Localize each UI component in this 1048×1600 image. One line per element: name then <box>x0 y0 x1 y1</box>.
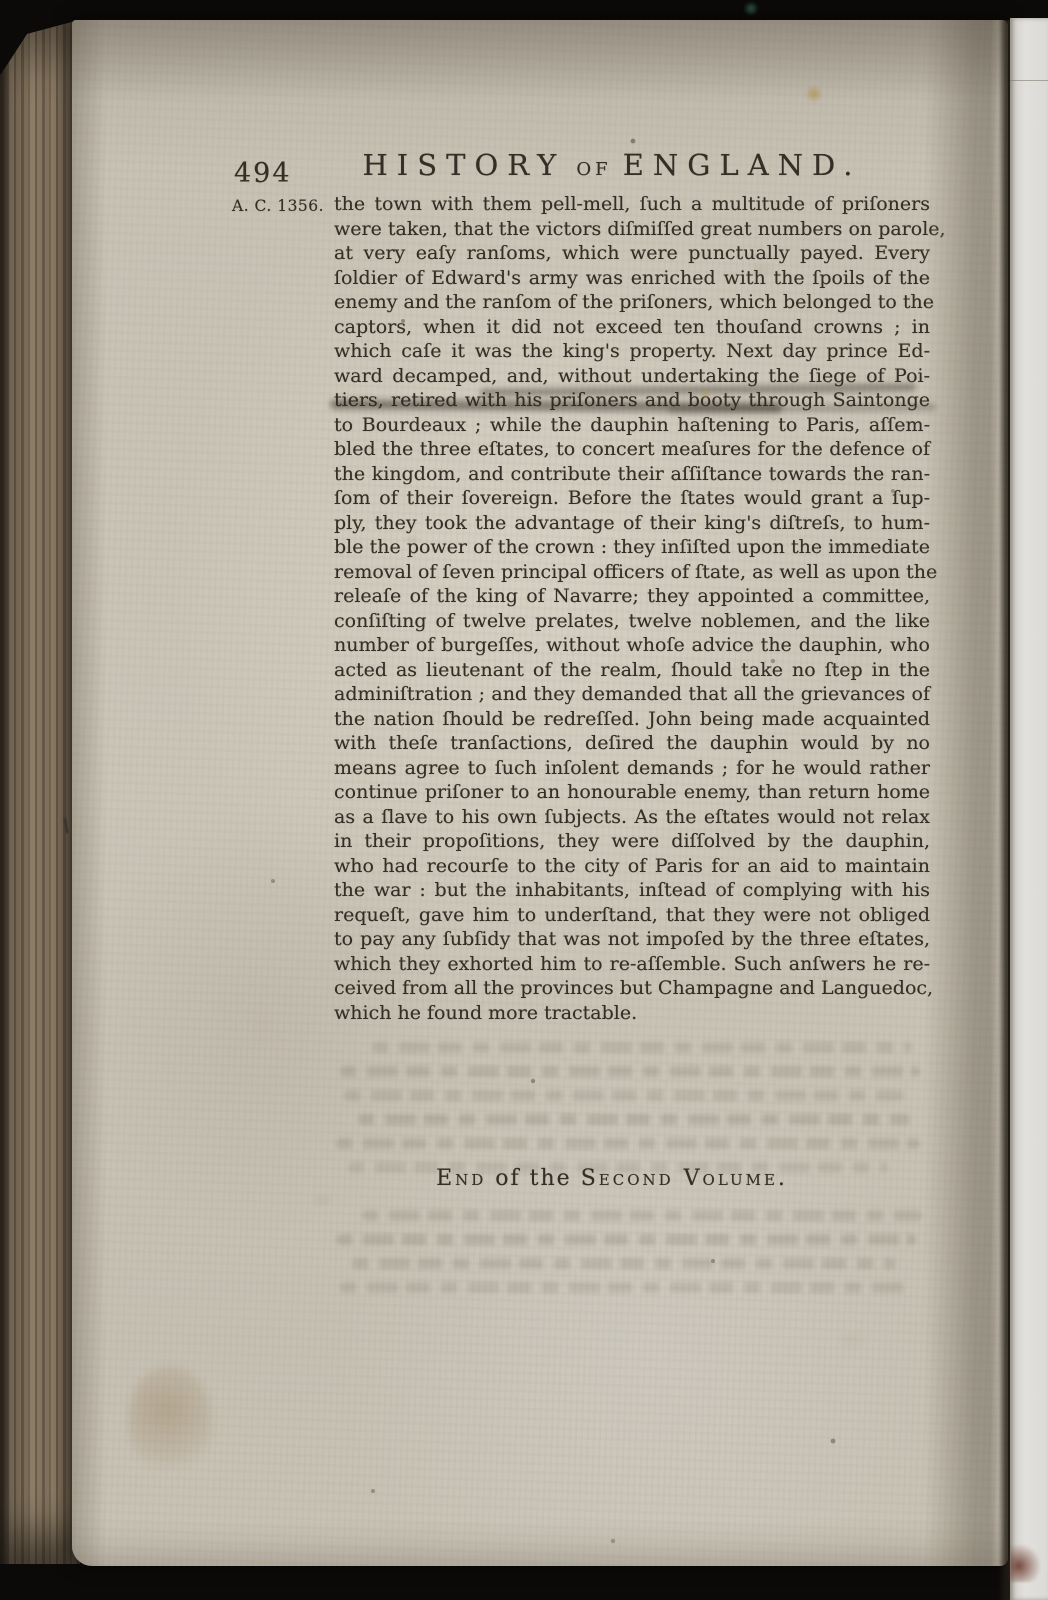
body-text-line: the kingdom, and contribute their aſſiſt… <box>334 462 930 487</box>
body-text-line: tiers, retired with his priſoners and bo… <box>334 388 930 413</box>
body-text-line: as a ſlave to his own ſubjects. As the e… <box>334 805 930 830</box>
body-text-line: conſiſting of twelve prelates, twelve no… <box>334 609 930 634</box>
paper-stain <box>128 1366 212 1476</box>
colophon-part: of the <box>486 1166 580 1191</box>
body-text-line: the town with them pell-mell, ſuch a mul… <box>334 192 930 217</box>
body-text-line: ceived from all the provinces but Champa… <box>334 976 930 1001</box>
body-text-line: continue priſoner to an honourable enemy… <box>334 780 930 805</box>
body-text-line: ſom of their ſovereign. Before the ſtate… <box>334 486 930 511</box>
body-text-line: the nation ſhould be redreſſed. John bei… <box>334 707 930 732</box>
body-text-block: the town with them pell-mell, ſuch a mul… <box>334 192 930 1025</box>
body-text-line: adminiſtration ; and they demanded that … <box>334 682 930 707</box>
book-fore-edge-pages <box>0 12 80 1564</box>
body-text-line: with theſe tranſactions, deſired the dau… <box>334 731 930 756</box>
body-text-line: which they exhorted him to re-aſſemble. … <box>334 952 930 977</box>
marginal-date-note: A. C. 1356. <box>232 197 324 215</box>
body-text-line: the war : but the inhabitants, inſtead o… <box>334 878 930 903</box>
body-text-line: requeſt, gave him to underſtand, that th… <box>334 903 930 928</box>
page-crease <box>1010 80 1048 81</box>
header-word-history: HISTORY <box>363 148 566 182</box>
book-page: 494 HISTORY OF ENGLAND. A. C. 1356. the … <box>72 20 1008 1566</box>
body-text-line: removal of ſeven principal officers of ſ… <box>334 560 930 585</box>
body-text-line: number of burgeſſes, without whoſe advic… <box>334 633 930 658</box>
body-text-line: to Bourdeaux ; while the dauphin haſteni… <box>334 413 930 438</box>
body-text-line: ble the power of the crown : they inſiſt… <box>334 535 930 560</box>
running-header: HISTORY OF ENGLAND. <box>302 148 922 182</box>
body-text-line: ply, they took the advantage of their ki… <box>334 511 930 536</box>
body-text-line: means agree to ſuch inſolent demands ; f… <box>334 756 930 781</box>
facing-page-edge <box>1010 18 1048 1600</box>
book-photo: 494 HISTORY OF ENGLAND. A. C. 1356. the … <box>0 0 1048 1600</box>
body-text-line: enemy and the ranſom of the priſoners, w… <box>334 290 930 315</box>
body-text-line: to pay any ſubſidy that was not impoſed … <box>334 927 930 952</box>
volume-end-colophon: End of the Second Volume. <box>302 1166 922 1191</box>
page-number: 494 <box>234 158 292 189</box>
binding-stain <box>1010 1542 1040 1582</box>
body-text-line: ward decamped, and, without undertaking … <box>334 364 930 389</box>
body-text-line: who had recourſe to the city of Paris fo… <box>334 854 930 879</box>
header-word-of: OF <box>576 159 611 180</box>
body-text-line: releaſe of the king of Navarre; they app… <box>334 584 930 609</box>
background-glint <box>742 2 760 15</box>
body-text-line: bled the three eſtates, to concert meaſu… <box>334 437 930 462</box>
body-text-line: captors, when it did not exceed ten thou… <box>334 315 930 340</box>
body-text-line: which caſe it was the king's property. N… <box>334 339 930 364</box>
body-text-line: which he found more tractable. <box>334 1001 930 1026</box>
body-text-line: ſoldier of Edward's army was enriched wi… <box>334 266 930 291</box>
colophon-part: Second Volume. <box>581 1166 788 1191</box>
body-text-line: in their propoſitions, they were diſſolv… <box>334 829 930 854</box>
colophon-part: End <box>436 1166 486 1191</box>
paper-stain <box>806 84 822 104</box>
body-text-line: acted as lieutenant of the realm, ſhould… <box>334 658 930 683</box>
paper-stain <box>700 388 710 400</box>
paper-specks <box>72 20 74 22</box>
body-text-line: at very eaſy ranſoms, which were punctua… <box>334 241 930 266</box>
body-text-line: were taken, that the victors diſmiſſed g… <box>334 217 930 242</box>
header-word-england: ENGLAND. <box>623 148 862 182</box>
